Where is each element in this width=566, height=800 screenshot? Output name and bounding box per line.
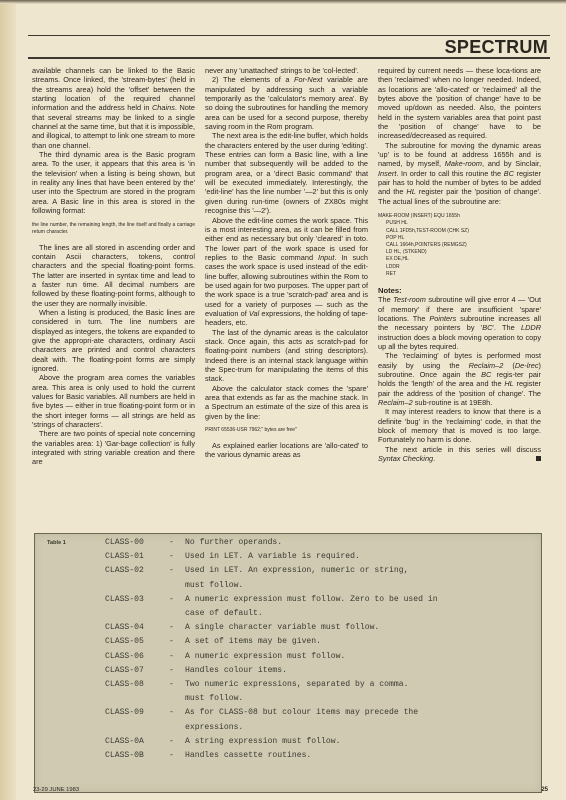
subroutine-code-listing: MAKE-ROOM (INSERT) EQU 1655h PUSH HL CAL…	[378, 213, 541, 278]
class-description: A numeric expression must follow. Zero t…	[185, 593, 535, 607]
column-2: never any 'unattached' strings to be 'co…	[205, 66, 368, 528]
code-line: PUSH HL	[378, 220, 541, 227]
class-description: A string expression must follow.	[185, 735, 535, 749]
section-title: SPECTRUM	[445, 37, 548, 58]
paragraph: Above the edit-line comes the work space…	[205, 216, 368, 328]
paragraph: The next article in this series will dis…	[378, 445, 541, 464]
class-code: CLASS-04	[105, 621, 169, 635]
class-table: CLASS-00-No further operands.CLASS-01-Us…	[105, 536, 535, 763]
column-3: required by current needs — these loca-t…	[378, 66, 541, 528]
class-code: CLASS-00	[105, 536, 169, 550]
table-row: CLASS-05-A set of items may be given.	[105, 635, 535, 649]
row-dash: -	[169, 706, 185, 720]
class-code: CLASS-09	[105, 706, 169, 720]
class-description: Two numeric expressions, separated by a …	[185, 678, 535, 692]
class-description: case of default.	[185, 607, 535, 621]
notes-heading: Notes:	[378, 286, 541, 295]
class-description: A numeric expression must follow.	[185, 650, 535, 664]
paragraph: The lines are all stored in ascending or…	[32, 243, 195, 308]
paragraph: Above the calculator stack comes the 'sp…	[205, 384, 368, 421]
table-row: must follow.	[105, 579, 535, 593]
class-description: Used in LET. An expression, numeric or s…	[185, 564, 535, 578]
paragraph: 2) The elements of a For-Next variable a…	[205, 75, 368, 131]
row-dash: -	[169, 678, 185, 692]
row-dash: -	[169, 593, 185, 607]
class-code	[105, 721, 169, 735]
paragraph: Above the program area comes the variabl…	[32, 373, 195, 429]
paragraph: When a listing is produced, the Basic li…	[32, 308, 195, 373]
paragraph: The 'reclaiming' of bytes is performed m…	[378, 351, 541, 407]
class-description: As for CLASS-08 but colour items may pre…	[185, 706, 535, 720]
code-line: POP HL	[378, 235, 541, 242]
row-dash: -	[169, 564, 185, 578]
row-dash: -	[169, 635, 185, 649]
class-code: CLASS-07	[105, 664, 169, 678]
code-line: LD HL, (STKEND)	[378, 249, 541, 256]
class-description: Handles colour items.	[185, 664, 535, 678]
article-body: available channels can be linked to the …	[32, 66, 542, 528]
page-number: 25	[541, 787, 548, 793]
code-line: MAKE-ROOM (INSERT) EQU 1655h	[378, 213, 541, 220]
class-description: A set of items may be given.	[185, 635, 535, 649]
end-of-article-square-icon	[536, 456, 541, 461]
class-code	[105, 579, 169, 593]
class-code: CLASS-08	[105, 678, 169, 692]
row-dash: -	[169, 650, 185, 664]
paragraph: The third dynamic area is the Basic prog…	[32, 150, 195, 215]
table-row: CLASS-04-A single character variable mus…	[105, 621, 535, 635]
class-code: CLASS-0A	[105, 735, 169, 749]
table-row: must follow.	[105, 692, 535, 706]
code-line: LDDR	[378, 264, 541, 271]
row-dash	[169, 721, 185, 735]
class-description: expressions.	[185, 721, 535, 735]
table-row: CLASS-0A-A string expression must follow…	[105, 735, 535, 749]
paragraph: The next area is the edit-line buffer, w…	[205, 131, 368, 215]
paragraph: The last of the dynamic areas is the cal…	[205, 328, 368, 384]
table-row: case of default.	[105, 607, 535, 621]
class-code: CLASS-05	[105, 635, 169, 649]
row-dash	[169, 692, 185, 706]
class-description: must follow.	[185, 579, 535, 593]
row-dash	[169, 607, 185, 621]
header-rule-bottom	[28, 57, 550, 59]
table-row: CLASS-02-Used in LET. An expression, num…	[105, 564, 535, 578]
paragraph: There are two points of special note con…	[32, 429, 195, 466]
row-dash: -	[169, 735, 185, 749]
paragraph: available channels can be linked to the …	[32, 66, 195, 150]
paragraph: The subroutine for moving the dynamic ar…	[378, 141, 541, 206]
class-description: No further operands.	[185, 536, 535, 550]
print-code-line: PRINT 65536-USR 7962;" bytes are free"	[205, 427, 368, 434]
paragraph: The Test-room subroutine will give error…	[378, 295, 541, 351]
paragraph: never any 'unattached' strings to be 'co…	[205, 66, 368, 75]
table-row: CLASS-07-Handles colour items.	[105, 664, 535, 678]
class-code: CLASS-0B	[105, 749, 169, 763]
code-line: RET	[378, 271, 541, 278]
table-1-box: Table 1 CLASS-00-No further operands.CLA…	[34, 533, 542, 793]
table-row: CLASS-01-Used in LET. A variable is requ…	[105, 550, 535, 564]
table-row: CLASS-09-As for CLASS-08 but colour item…	[105, 706, 535, 720]
table-row: CLASS-08-Two numeric expressions, separa…	[105, 678, 535, 692]
class-description: A single character variable must follow.	[185, 621, 535, 635]
table-row: CLASS-06-A numeric expression must follo…	[105, 650, 535, 664]
table-row: CLASS-03-A numeric expression must follo…	[105, 593, 535, 607]
row-dash: -	[169, 664, 185, 678]
row-dash: -	[169, 621, 185, 635]
table-row: CLASS-00-No further operands.	[105, 536, 535, 550]
row-dash: -	[169, 749, 185, 763]
paragraph: As explained earlier locations are 'allo…	[205, 441, 368, 460]
paragraph: It may interest readers to know that the…	[378, 407, 541, 444]
table-row: CLASS-0B-Handles cassette routines.	[105, 749, 535, 763]
class-description: Handles cassette routines.	[185, 749, 535, 763]
code-line: CALL 1664h,POINTERS (REMGSZ)	[378, 242, 541, 249]
class-code: CLASS-02	[105, 564, 169, 578]
table-label: Table 1	[47, 540, 66, 546]
format-note: the line number, the remaining length, t…	[32, 222, 195, 236]
class-description: Used in LET. A variable is required.	[185, 550, 535, 564]
table-row: expressions.	[105, 721, 535, 735]
page-binding-edge	[0, 0, 16, 800]
code-line: EX DE,HL	[378, 256, 541, 263]
code-line: CALL 1FD5h,TEST-ROOM (CHK SZ)	[378, 228, 541, 235]
class-code: CLASS-06	[105, 650, 169, 664]
row-dash	[169, 579, 185, 593]
class-code	[105, 692, 169, 706]
class-code: CLASS-01	[105, 550, 169, 564]
class-code: CLASS-03	[105, 593, 169, 607]
header-rule-top	[28, 35, 550, 36]
class-code	[105, 607, 169, 621]
top-shadow	[0, 0, 566, 4]
row-dash: -	[169, 536, 185, 550]
issue-date: 23-29 JUNE 1983	[33, 787, 79, 793]
column-1: available channels can be linked to the …	[32, 66, 195, 528]
paragraph: required by current needs — these loca-t…	[378, 66, 541, 141]
row-dash: -	[169, 550, 185, 564]
class-description: must follow.	[185, 692, 535, 706]
